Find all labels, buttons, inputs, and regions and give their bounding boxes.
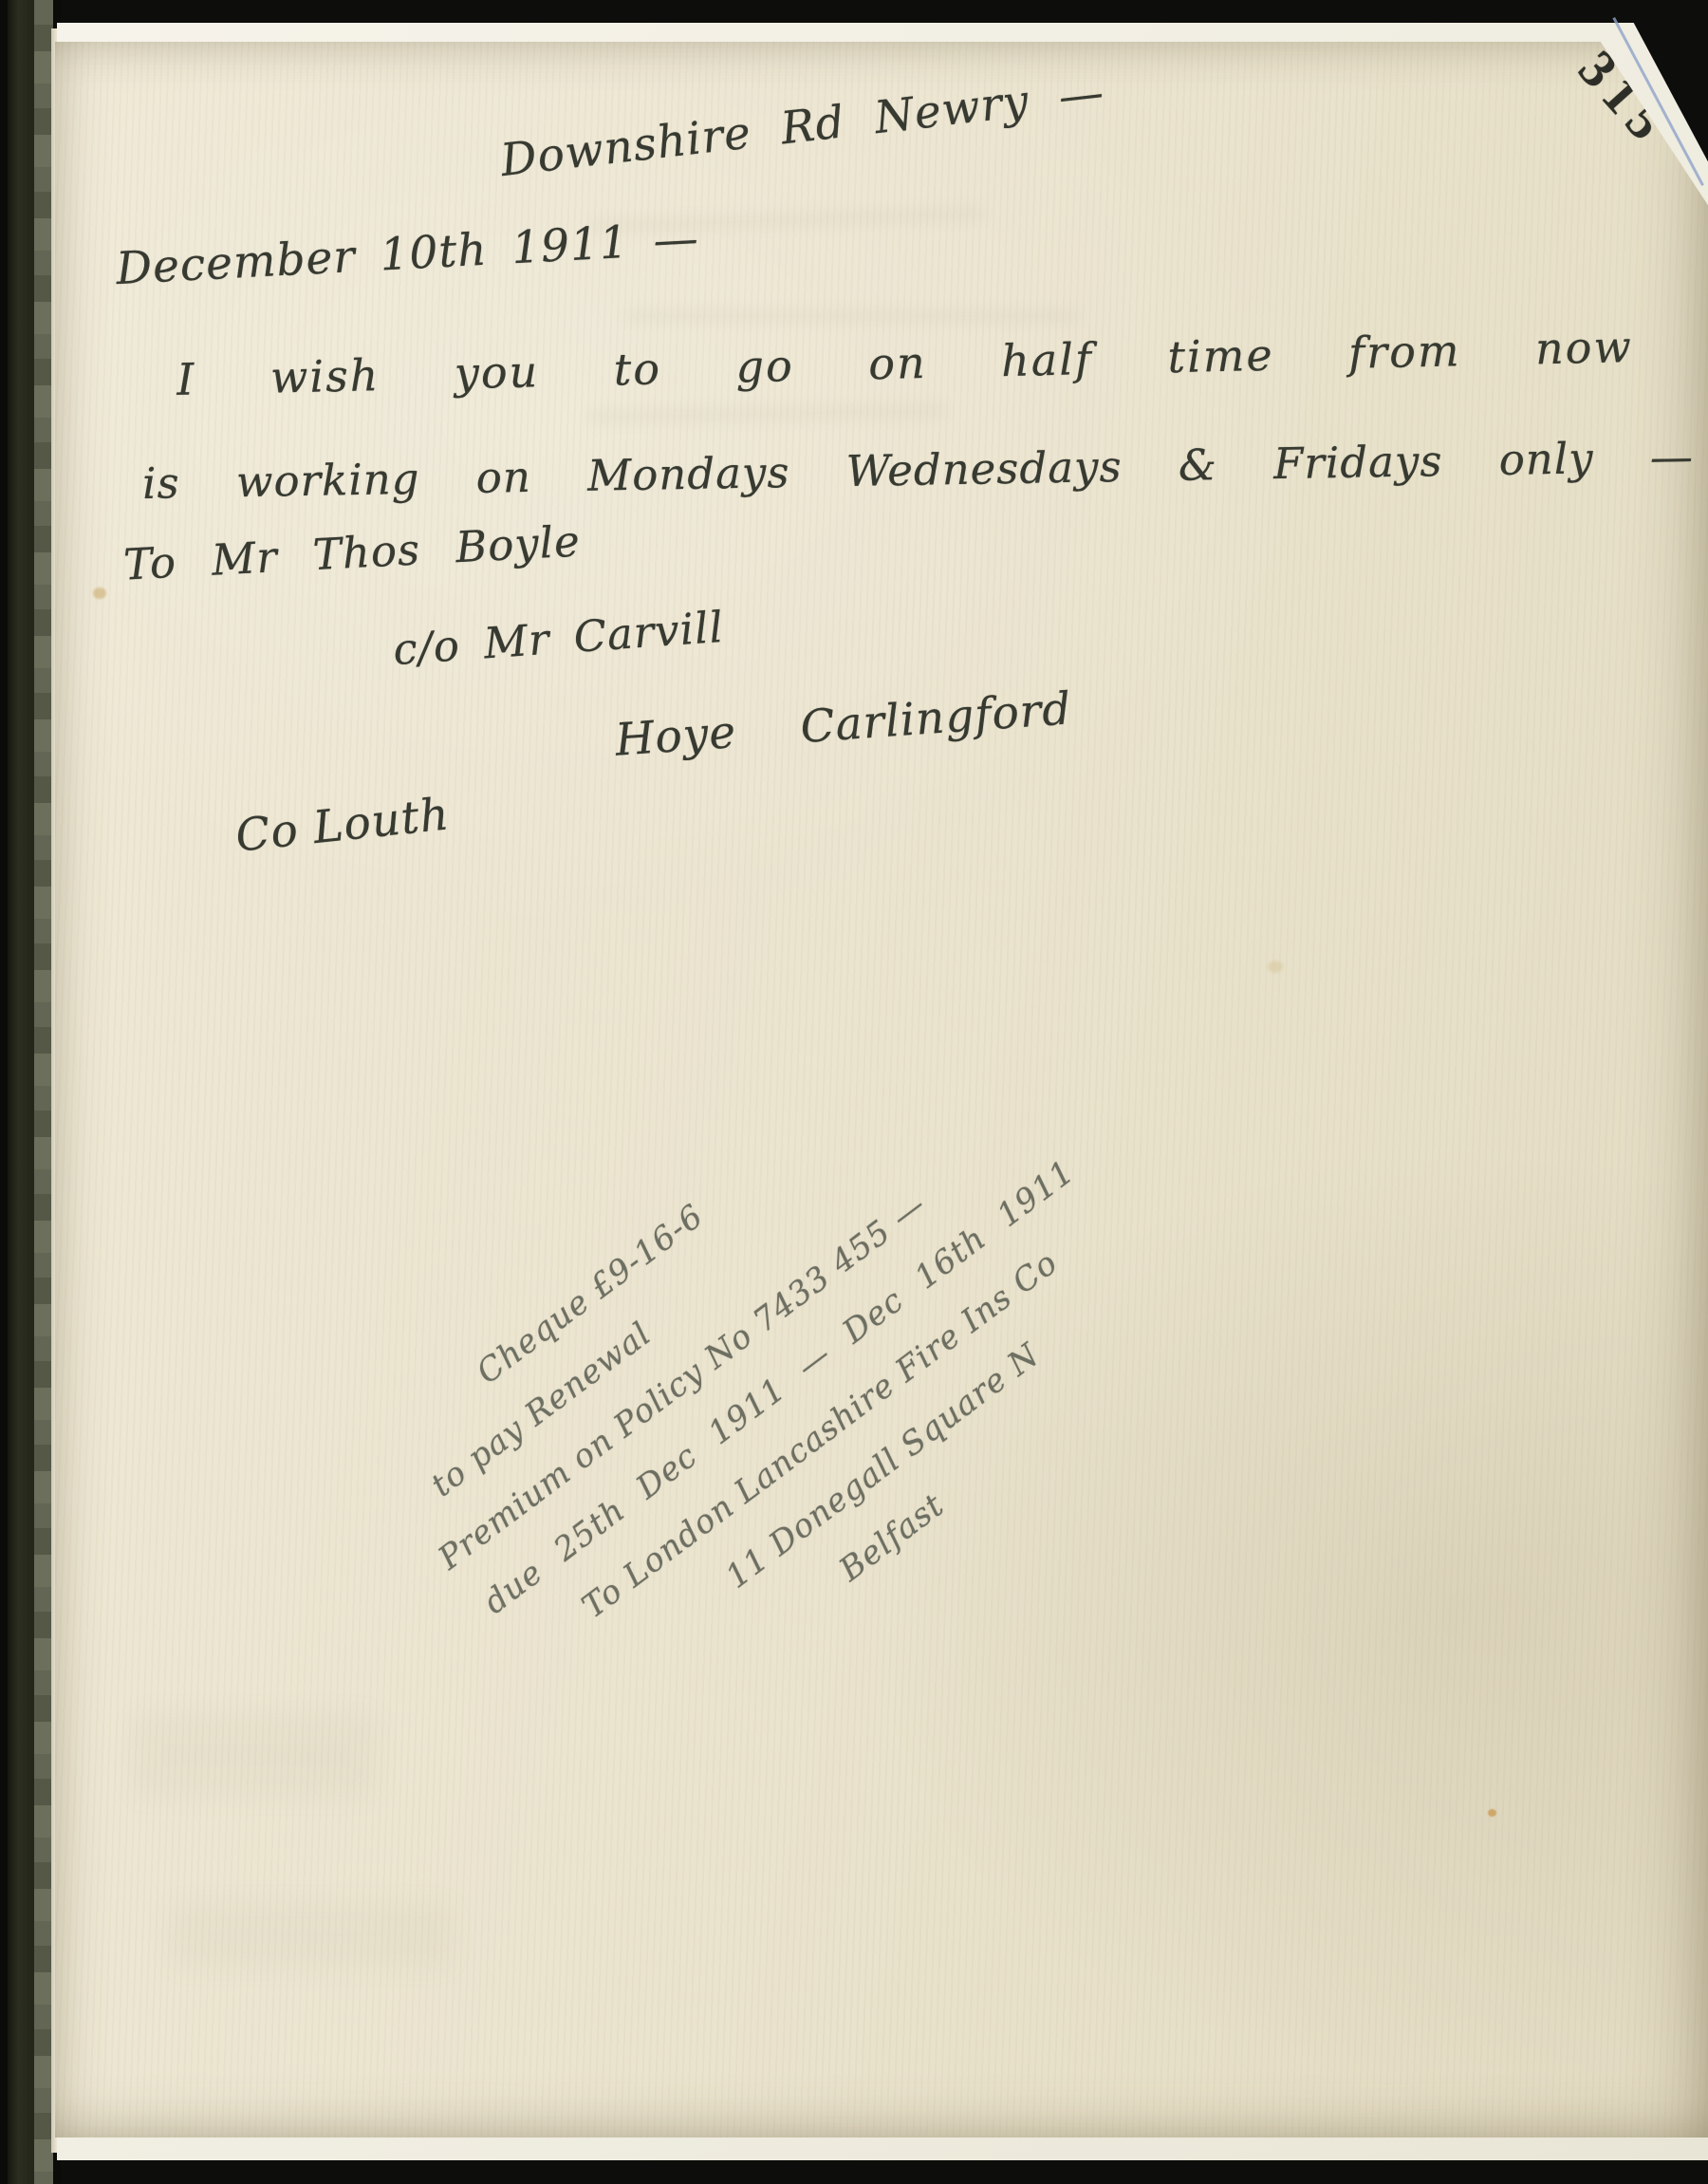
care-of-line: c/o Mr Carvill <box>392 602 726 675</box>
ghost-showthrough <box>586 403 947 425</box>
binding-cloth-dark <box>8 0 34 2184</box>
ghost-showthrough <box>131 1712 378 1798</box>
binding-cloth-light <box>34 0 53 2184</box>
county-line: Co Louth <box>233 788 453 862</box>
foxing-spot <box>93 588 106 599</box>
ghost-showthrough <box>624 309 1080 323</box>
ghost-showthrough <box>169 1902 454 1969</box>
body-line-2: is working on Mondays Wednesdays & Frida… <box>142 426 1708 509</box>
date-line: December 10th 1911 — <box>115 213 700 295</box>
addressee-line: To Mr Thos Boyle <box>122 515 582 589</box>
letter-page: 315 Downshire Rd Newry — December 10th 1… <box>55 42 1708 2137</box>
letterbook-scan: 315 Downshire Rd Newry — December 10th 1… <box>0 0 1708 2184</box>
foxing-spot <box>1268 961 1283 973</box>
address-line: Downshire Rd Newry — <box>498 66 1107 187</box>
body-line-1: I wish you to go on half time from now —… <box>176 314 1708 405</box>
foxing-spot <box>1488 1809 1496 1817</box>
place-line: Hoye Carlingford <box>614 682 1073 766</box>
memo-block: Cheque £9-16-6 to pay Renewal Premium on… <box>348 1003 1188 1787</box>
